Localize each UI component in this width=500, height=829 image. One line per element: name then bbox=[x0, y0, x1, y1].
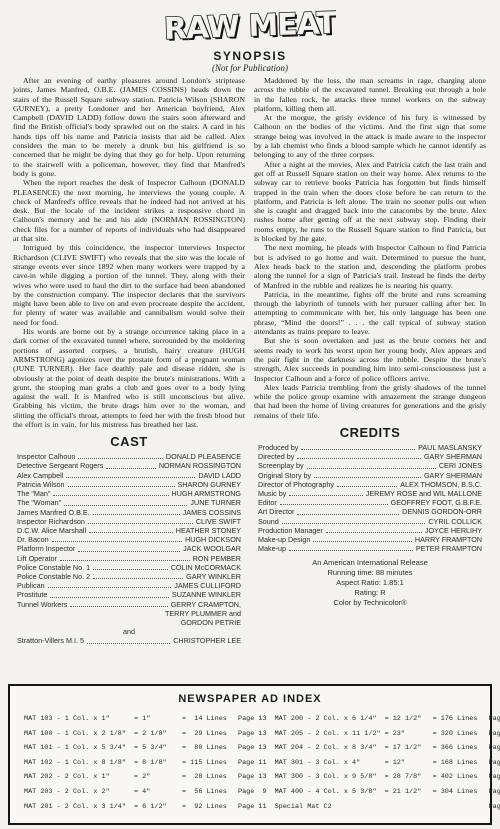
credit-row: Original Story by GARY SHERMAN bbox=[258, 471, 482, 480]
cast-role: Platform Inspector bbox=[17, 544, 75, 553]
left-column: After an evening of earthy pleasures aro… bbox=[13, 76, 245, 646]
mat-lines: = 92 Lines bbox=[182, 800, 238, 815]
cast-role: Dr. Bacon bbox=[17, 535, 49, 544]
synopsis-note: (Not for Publication) bbox=[0, 63, 500, 73]
cast-row: Lift Operator RON PEMBER bbox=[17, 554, 241, 563]
ad-index-row: MAT 102 - 1 Col. x 8 1/8" = 8 1/8" = 115… bbox=[24, 756, 267, 771]
ad-index-row: MAT 301 - 3 Col. x 4" = 12" = 168 Lines … bbox=[275, 756, 500, 771]
ad-index-heading: NEWSPAPER AD INDEX bbox=[10, 693, 490, 705]
cast-role: D.C.W. Alice Marshall bbox=[17, 526, 86, 535]
cast-actor: DONALD PLEASENCE bbox=[166, 452, 241, 461]
mat-width: = 2" bbox=[134, 770, 182, 785]
mat-lines: = 366 Lines bbox=[433, 741, 489, 756]
dot-leader bbox=[326, 532, 422, 533]
mat-lines: = 402 Lines bbox=[433, 770, 489, 785]
credit-role: Produced by bbox=[258, 443, 298, 452]
cast-actor: HEATHER STONEY bbox=[176, 526, 241, 535]
mat-lines: = 29 Lines bbox=[182, 727, 238, 742]
cast-row: The "Woman" JUNE TURNER bbox=[17, 498, 241, 507]
mat-lines: = 80 Lines bbox=[182, 741, 238, 756]
cast-actor: GARY WINKLER bbox=[186, 572, 241, 581]
cast-actor: NORMAN ROSSINGTON bbox=[159, 461, 241, 470]
credit-name: GARY SHERMAN bbox=[424, 452, 482, 461]
cast-row: Publican JAMES CULLIFORD bbox=[17, 581, 241, 590]
mat-lines: = 28 Lines bbox=[182, 770, 238, 785]
dot-leader bbox=[78, 458, 163, 459]
cast-role: Police Constable No. 1 bbox=[17, 563, 90, 572]
dot-leader bbox=[280, 504, 388, 505]
cast-heading: CAST bbox=[13, 434, 245, 449]
dot-leader bbox=[93, 514, 180, 515]
synopsis-paragraph: His words are borne out by a strange occ… bbox=[13, 327, 245, 429]
credit-row: Music by JEREMY ROSE and WIL MALLONE bbox=[258, 489, 482, 498]
cast-actor: GORDON PETRIE bbox=[181, 618, 241, 627]
cast-role: Publican bbox=[17, 581, 45, 590]
dot-leader bbox=[88, 523, 193, 524]
dot-leader bbox=[301, 449, 415, 450]
credit-role: Original Story by bbox=[258, 471, 311, 480]
synopsis-paragraph: At the morgue, the grisly evidence of hi… bbox=[254, 113, 486, 159]
credit-role: Music by bbox=[258, 489, 286, 498]
synopsis-paragraph: The next morning, he pleads with Inspect… bbox=[254, 243, 486, 289]
cast-row: Alex Campbell DAVID LADD bbox=[17, 471, 241, 480]
dot-leader bbox=[282, 523, 426, 524]
dot-leader bbox=[93, 569, 168, 570]
dot-leader bbox=[68, 486, 175, 487]
mat-page: Page 9 bbox=[489, 727, 500, 742]
dot-leader bbox=[307, 468, 436, 469]
credit-role: Screenplay by bbox=[258, 461, 304, 470]
cast-row-final: Stratton-Villers M.I. 5 CHRISTOPHER LEE bbox=[17, 636, 241, 645]
synopsis-paragraph: Patricia, in the meantime, fights off th… bbox=[254, 290, 486, 336]
mat-page: Page 13 bbox=[238, 741, 267, 756]
cast-row: Inspector Richardson CLIVE SWIFT bbox=[17, 517, 241, 526]
credit-row: Sound CYRIL COLLICK bbox=[258, 517, 482, 526]
cast-row: Prostitute SUZANNE WINKLER bbox=[17, 590, 241, 599]
mat-spec: MAT 203 - 2 Col. x 2" bbox=[24, 785, 134, 800]
release-info-line: An American International Release bbox=[254, 558, 486, 568]
dot-leader bbox=[313, 541, 412, 542]
ad-index-row: MAT 100 - 1 Col. x 2 1/8" = 2 1/8" = 29 … bbox=[24, 727, 267, 742]
mat-page: Page 11 bbox=[489, 712, 500, 727]
cast-actor: JAMES CULLIFORD bbox=[174, 581, 241, 590]
ad-index-row: Special Mat C2 Page 13 bbox=[275, 800, 500, 815]
ad-index-row: MAT 201 - 2 Col. x 3 1/4" = 6 1/2" = 92 … bbox=[24, 800, 267, 815]
release-info: An American International Release Runnin… bbox=[254, 558, 486, 608]
mat-spec: MAT 300 - 3 Col. x 9 5/8" bbox=[275, 770, 385, 785]
mat-page: Page 7 bbox=[489, 756, 500, 771]
synopsis-paragraph: After a night at the movies, Alex and Pa… bbox=[254, 160, 486, 244]
mat-spec: Special Mat C2 bbox=[275, 800, 385, 815]
cast-row: D.C.W. Alice Marshall HEATHER STONEY bbox=[17, 526, 241, 535]
cast-role: Stratton-Villers M.I. 5 bbox=[17, 636, 84, 645]
cast-role: Patricia Wilson bbox=[17, 480, 65, 489]
synopsis-paragraph: Alex leads Patricia trembling from the g… bbox=[254, 383, 486, 420]
credit-role: Sound bbox=[258, 517, 279, 526]
mat-page: Page 9 bbox=[489, 741, 500, 756]
cast-role: Alex Campbell bbox=[17, 471, 63, 480]
cast-actor-continuation: TERRY PLUMMER and bbox=[17, 609, 241, 618]
credit-row: Production Manager JOYCE HERLIHY bbox=[258, 526, 482, 535]
cast-actor: SUZANNE WINKLER bbox=[172, 590, 241, 599]
mat-page: Page 13 bbox=[489, 800, 500, 815]
cast-actor: DAVID LADD bbox=[198, 471, 241, 480]
cast-row: Patricia Wilson SHARON GURNEY bbox=[17, 480, 241, 489]
credit-row: Director of Photography ALEX THOMSON, B.… bbox=[258, 480, 482, 489]
mat-width: = 28 7/8" bbox=[385, 770, 433, 785]
ad-index-row: MAT 103 - 1 Col. x 1" = 1" = 14 Lines Pa… bbox=[24, 712, 267, 727]
mat-page: Page 5 bbox=[489, 770, 500, 785]
credits-heading: CREDITS bbox=[254, 425, 486, 440]
cast-row: Platform Inspector JACK WOOLGAR bbox=[17, 544, 241, 553]
cast-actor: RON PEMBER bbox=[193, 554, 241, 563]
credit-row: Make-up Design HARRY FRAMPTON bbox=[258, 535, 482, 544]
mat-page: Page 11 bbox=[238, 800, 267, 815]
dot-leader bbox=[48, 587, 172, 588]
mat-lines: = 56 Lines bbox=[182, 785, 238, 800]
cast-row: Dr. Bacon HUGH DICKSON bbox=[17, 535, 241, 544]
credit-name: HARRY FRAMPTON bbox=[415, 535, 482, 544]
synopsis-paragraph: After an evening of earthy pleasures aro… bbox=[13, 76, 245, 178]
ad-index-row: MAT 204 - 2 Col. x 8 3/4" = 17 1/2" = 36… bbox=[275, 741, 500, 756]
cast-row: Tunnel Workers GERRY CRAMPTON, bbox=[17, 600, 241, 609]
mat-lines: = 14 Lines bbox=[182, 712, 238, 727]
synopsis-paragraph: When the report reaches the desk of Insp… bbox=[13, 178, 245, 243]
credit-name: PETER FRAMPTON bbox=[416, 544, 482, 553]
cast-actor: JUNE TURNER bbox=[190, 498, 241, 507]
credit-name: CERI JONES bbox=[439, 461, 482, 470]
credit-name: JEREMY ROSE and WIL MALLONE bbox=[366, 489, 482, 498]
cast-row: The "Man" HUGH ARMSTRONG bbox=[17, 489, 241, 498]
mat-width: = 4" bbox=[134, 785, 182, 800]
ad-index-right-column: MAT 200 - 2 Col. x 6 1/4" = 12 1/2" = 17… bbox=[275, 712, 500, 814]
raw-meat-logo: RAW MEAT RAW MEAT bbox=[164, 3, 336, 48]
synopsis-paragraph: Maddened by the loss, the man screams in… bbox=[254, 76, 486, 113]
mat-spec: MAT 101 - 1 Col. x 5 3/4" bbox=[24, 741, 134, 756]
ad-index-row: MAT 300 - 3 Col. x 9 5/8" = 28 7/8" = 40… bbox=[275, 770, 500, 785]
credit-row: Editor GEOFFREY FOOT, G.B.F.E. bbox=[258, 498, 482, 507]
credit-name: ALEX THOMSON, B.S.C. bbox=[400, 480, 482, 489]
credit-role: Editor bbox=[258, 498, 277, 507]
synopsis-columns: After an evening of earthy pleasures aro… bbox=[0, 73, 500, 646]
dot-leader bbox=[106, 468, 156, 469]
cast-row: Inspector Calhoun DONALD PLEASENCE bbox=[17, 452, 241, 461]
mat-width: = 1" bbox=[134, 712, 182, 727]
dot-leader bbox=[52, 541, 183, 542]
cast-list: Inspector Calhoun DONALD PLEASENCE Detec… bbox=[13, 452, 245, 645]
synopsis-heading: SYNOPSIS bbox=[0, 49, 500, 63]
cast-row: Police Constable No. 1 COLIN McCORMACK bbox=[17, 563, 241, 572]
mat-spec: MAT 100 - 1 Col. x 2 1/8" bbox=[24, 727, 134, 742]
mat-width: = 5 3/4" bbox=[134, 741, 182, 756]
cast-role: Inspector Calhoun bbox=[17, 452, 75, 461]
cast-role: Tunnel Workers bbox=[17, 600, 67, 609]
cast-role: Police Constable No. 2 bbox=[17, 572, 90, 581]
dot-leader bbox=[64, 505, 187, 506]
cast-actor: COLIN McCORMACK bbox=[171, 563, 241, 572]
credit-name: JOYCE HERLIHY bbox=[425, 526, 482, 535]
mat-width bbox=[385, 800, 433, 815]
mat-width: = 2 1/8" bbox=[134, 727, 182, 742]
credit-row: Make-up PETER FRAMPTON bbox=[258, 544, 482, 553]
cast-role: The "Man" bbox=[17, 489, 50, 498]
mat-page: Page 9 bbox=[238, 785, 267, 800]
cast-role: The "Woman" bbox=[17, 498, 61, 507]
cast-actor-continuation: GORDON PETRIE bbox=[17, 618, 241, 627]
dot-leader bbox=[93, 578, 183, 579]
mat-width: = 23" bbox=[385, 727, 433, 742]
credit-role: Art Director bbox=[258, 507, 294, 516]
cast-actor: SHARON GURNEY bbox=[178, 480, 242, 489]
ad-index-row: MAT 400 - 4 Col. x 5 3/8" = 21 1/2" = 30… bbox=[275, 785, 500, 800]
release-info-line: Running time: 88 minutes bbox=[254, 568, 486, 578]
cast-role: James Manfred O.B.E. bbox=[17, 508, 90, 517]
mat-spec: MAT 301 - 3 Col. x 4" bbox=[275, 756, 385, 771]
ad-index-row: MAT 205 - 2 Col. x 11 1/2" = 23" = 320 L… bbox=[275, 727, 500, 742]
cast-and-label: and bbox=[17, 627, 241, 636]
ad-index-row: MAT 203 - 2 Col. x 2" = 4" = 56 Lines Pa… bbox=[24, 785, 267, 800]
mat-lines: = 115 Lines bbox=[182, 756, 238, 771]
synopsis-paragraph: Intrigued by this coincidence, the inspe… bbox=[13, 243, 245, 327]
cast-actor: CHRISTOPHER LEE bbox=[173, 636, 241, 645]
mat-spec: MAT 204 - 2 Col. x 8 3/4" bbox=[275, 741, 385, 756]
mat-lines: = 304 Lines bbox=[433, 785, 489, 800]
cast-role: Prostitute bbox=[17, 590, 47, 599]
dot-leader bbox=[337, 486, 397, 487]
cast-row: Police Constable No. 2 GARY WINKLER bbox=[17, 572, 241, 581]
mat-spec: MAT 103 - 1 Col. x 1" bbox=[24, 712, 134, 727]
mat-lines: = 168 Lines bbox=[433, 756, 489, 771]
mat-spec: MAT 200 - 2 Col. x 6 1/4" bbox=[275, 712, 385, 727]
dot-leader bbox=[89, 532, 173, 533]
cast-role: Inspector Richardson bbox=[17, 517, 85, 526]
credit-name: DENNIS GORDON-ORR bbox=[402, 507, 482, 516]
credit-role: Make-up bbox=[258, 544, 286, 553]
mat-lines: = 176 Lines bbox=[433, 712, 489, 727]
mat-spec: MAT 201 - 2 Col. x 3 1/4" bbox=[24, 800, 134, 815]
ad-index-left-column: MAT 103 - 1 Col. x 1" = 1" = 14 Lines Pa… bbox=[24, 712, 267, 814]
credit-row: Art Director DENNIS GORDON-ORR bbox=[258, 507, 482, 516]
ad-index-row: MAT 202 - 2 Col. x 1" = 2" = 28 Lines Pa… bbox=[24, 770, 267, 785]
credit-row: Directed by GARY SHERMAN bbox=[258, 452, 482, 461]
mat-spec: MAT 102 - 1 Col. x 8 1/8" bbox=[24, 756, 134, 771]
dot-leader bbox=[297, 458, 421, 459]
release-info-line: Rating: R bbox=[254, 588, 486, 598]
dot-leader bbox=[297, 514, 399, 515]
cast-role: Detective Sergeant Rogers bbox=[17, 461, 103, 470]
mat-width: = 12" bbox=[385, 756, 433, 771]
dot-leader bbox=[314, 477, 421, 478]
mat-lines: = 320 Lines bbox=[433, 727, 489, 742]
mat-width: = 12 1/2" bbox=[385, 712, 433, 727]
credit-role: Director of Photography bbox=[258, 480, 334, 489]
mat-page: Page 7 bbox=[489, 785, 500, 800]
newspaper-ad-index-box: NEWSPAPER AD INDEX MAT 103 - 1 Col. x 1"… bbox=[8, 684, 492, 825]
credit-row: Produced by PAUL MASLANSKY bbox=[258, 443, 482, 452]
mat-page: Page 13 bbox=[238, 770, 267, 785]
dot-leader bbox=[78, 551, 180, 552]
release-info-line: Color by Technicolor® bbox=[254, 598, 486, 608]
dot-leader bbox=[289, 550, 413, 551]
credit-name: GARY SHERMAN bbox=[424, 471, 482, 480]
mat-lines bbox=[433, 800, 489, 815]
masthead: RAW MEAT RAW MEAT SYNOPSIS (Not for Publ… bbox=[0, 0, 500, 73]
mat-page: Page 13 bbox=[238, 712, 267, 727]
cast-row: Detective Sergeant Rogers NORMAN ROSSING… bbox=[17, 461, 241, 470]
dot-leader bbox=[50, 597, 169, 598]
mat-spec: MAT 400 - 4 Col. x 5 3/8" bbox=[275, 785, 385, 800]
mat-width: = 8 1/8" bbox=[134, 756, 182, 771]
raw-meat-logo-text: RAW MEAT bbox=[164, 6, 336, 47]
mat-spec: MAT 205 - 2 Col. x 11 1/2" bbox=[275, 727, 385, 742]
mat-page: Page 13 bbox=[238, 727, 267, 742]
dot-leader bbox=[66, 477, 195, 478]
synopsis-paragraph: But she is soon overtaken and just as th… bbox=[254, 336, 486, 382]
mat-width: = 17 1/2" bbox=[385, 741, 433, 756]
credit-role: Production Manager bbox=[258, 526, 323, 535]
mat-page: Page 11 bbox=[238, 756, 267, 771]
cast-actor: HUGH DICKSON bbox=[185, 535, 241, 544]
dot-leader bbox=[87, 643, 170, 644]
ad-index-columns: MAT 103 - 1 Col. x 1" = 1" = 14 Lines Pa… bbox=[10, 705, 490, 814]
cast-actor: JACK WOOLGAR bbox=[183, 544, 241, 553]
credit-name: PAUL MASLANSKY bbox=[418, 443, 482, 452]
dot-leader bbox=[289, 495, 362, 496]
right-column: Maddened by the loss, the man screams in… bbox=[254, 76, 486, 646]
mat-spec: MAT 202 - 2 Col. x 1" bbox=[24, 770, 134, 785]
dot-leader bbox=[60, 560, 190, 561]
dot-leader bbox=[70, 606, 167, 607]
mat-width: = 6 1/2" bbox=[134, 800, 182, 815]
credit-name: CYRIL COLLICK bbox=[428, 517, 482, 526]
credit-role: Make-up Design bbox=[258, 535, 310, 544]
ad-index-row: MAT 200 - 2 Col. x 6 1/4" = 12 1/2" = 17… bbox=[275, 712, 500, 727]
cast-actor: TERRY PLUMMER and bbox=[165, 609, 241, 618]
cast-actor: JAMES COSSINS bbox=[183, 508, 241, 517]
cast-actor: HUGH ARMSTRONG bbox=[172, 489, 241, 498]
cast-actor: GERRY CRAMPTON, bbox=[171, 600, 241, 609]
credit-role: Directed by bbox=[258, 452, 294, 461]
dot-leader bbox=[53, 495, 168, 496]
cast-role: Lift Operator bbox=[17, 554, 57, 563]
credit-row: Screenplay by CERI JONES bbox=[258, 461, 482, 470]
cast-row: James Manfred O.B.E. JAMES COSSINS bbox=[17, 508, 241, 517]
credits-list: Produced by PAUL MASLANSKY Directed by G… bbox=[254, 443, 486, 553]
release-info-line: Aspect Ratio: 1.85:1 bbox=[254, 578, 486, 588]
credit-name: GEOFFREY FOOT, G.B.F.E. bbox=[391, 498, 482, 507]
pressbook-page: RAW MEAT RAW MEAT SYNOPSIS (Not for Publ… bbox=[0, 0, 500, 829]
mat-width: = 21 1/2" bbox=[385, 785, 433, 800]
cast-actor: CLIVE SWIFT bbox=[196, 517, 241, 526]
ad-index-row: MAT 101 - 1 Col. x 5 3/4" = 5 3/4" = 80 … bbox=[24, 741, 267, 756]
